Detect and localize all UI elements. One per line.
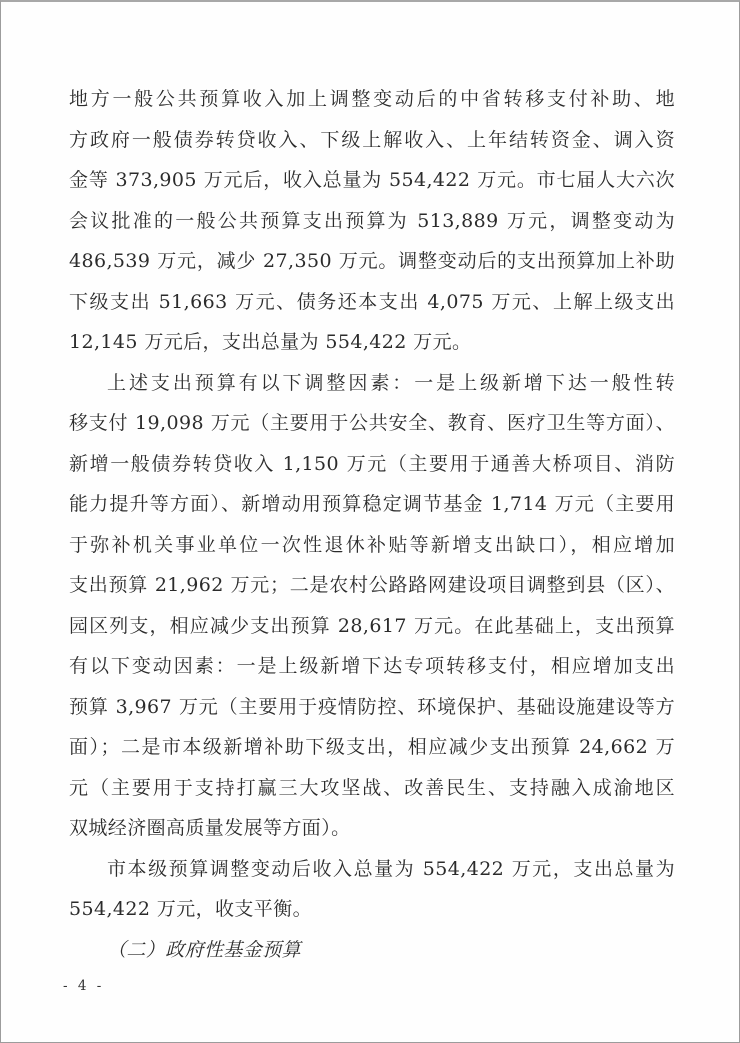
text-line: 元（主要用于支持打赢三大攻坚战、改善民生、支持融入成渝地区 — [69, 768, 675, 809]
text-line: 新增一般债券转贷收入 1,150 万元（主要用于通善大桥项目、消防 — [69, 444, 675, 485]
text-line: 园区列支，相应减少支出预算 28,617 万元。在此基础上，支出预算 — [69, 606, 675, 647]
paragraph-start-line: 市本级预算调整变动后收入总量为 554,422 万元，支出总量为 — [69, 849, 675, 890]
text-line: 方政府一般债券转贷收入、下级上解收入、上年结转资金、调入资 — [69, 120, 675, 161]
page-number: - 4 - — [63, 978, 104, 994]
text-line: 金等 373,905 万元后，收入总量为 554,422 万元。市七届人大六次 — [69, 160, 675, 201]
text-line: 移支付 19,098 万元（主要用于公共安全、教育、医疗卫生等方面）、 — [69, 403, 675, 444]
text-line: 支出预算 21,962 万元；二是农村公路路网建设项目调整到县（区）、 — [69, 565, 675, 606]
text-line: 554,422 万元，收支平衡。 — [69, 889, 675, 930]
document-body: 地方一般公共预算收入加上调整变动后的中省转移支付补助、地 方政府一般债券转贷收入… — [69, 79, 675, 970]
text-line: 面）；二是市本级新增补助下级支出，相应减少支出预算 24,662 万 — [69, 727, 675, 768]
text-line: 于弥补机关事业单位一次性退休补贴等新增支出缺口），相应增加 — [69, 525, 675, 566]
text-line: 486,539 万元，减少 27,350 万元。调整变动后的支出预算加上补助 — [69, 241, 675, 282]
text-line: 预算 3,967 万元（主要用于疫情防控、环境保护、基础设施建设等方 — [69, 687, 675, 728]
text-line: 双城经济圈高质量发展等方面）。 — [69, 808, 675, 849]
document-page: 地方一般公共预算收入加上调整变动后的中省转移支付补助、地 方政府一般债券转贷收入… — [0, 0, 740, 1043]
text-line: 下级支出 51,663 万元、债务还本支出 4,075 万元、上解上级支出 — [69, 282, 675, 323]
paragraph-start-line: 上述支出预算有以下调整因素：一是上级新增下达一般性转 — [69, 363, 675, 404]
text-line: 会议批准的一般公共预算支出预算为 513,889 万元，调整变动为 — [69, 201, 675, 242]
text-line: 地方一般公共预算收入加上调整变动后的中省转移支付补助、地 — [69, 79, 675, 120]
text-line: 能力提升等方面）、新增动用预算稳定调节基金 1,714 万元（主要用 — [69, 484, 675, 525]
text-line: 有以下变动因素：一是上级新增下达专项转移支付，相应增加支出 — [69, 646, 675, 687]
section-heading: （二）政府性基金预算 — [69, 930, 675, 971]
text-line: 12,145 万元后，支出总量为 554,422 万元。 — [69, 322, 675, 363]
